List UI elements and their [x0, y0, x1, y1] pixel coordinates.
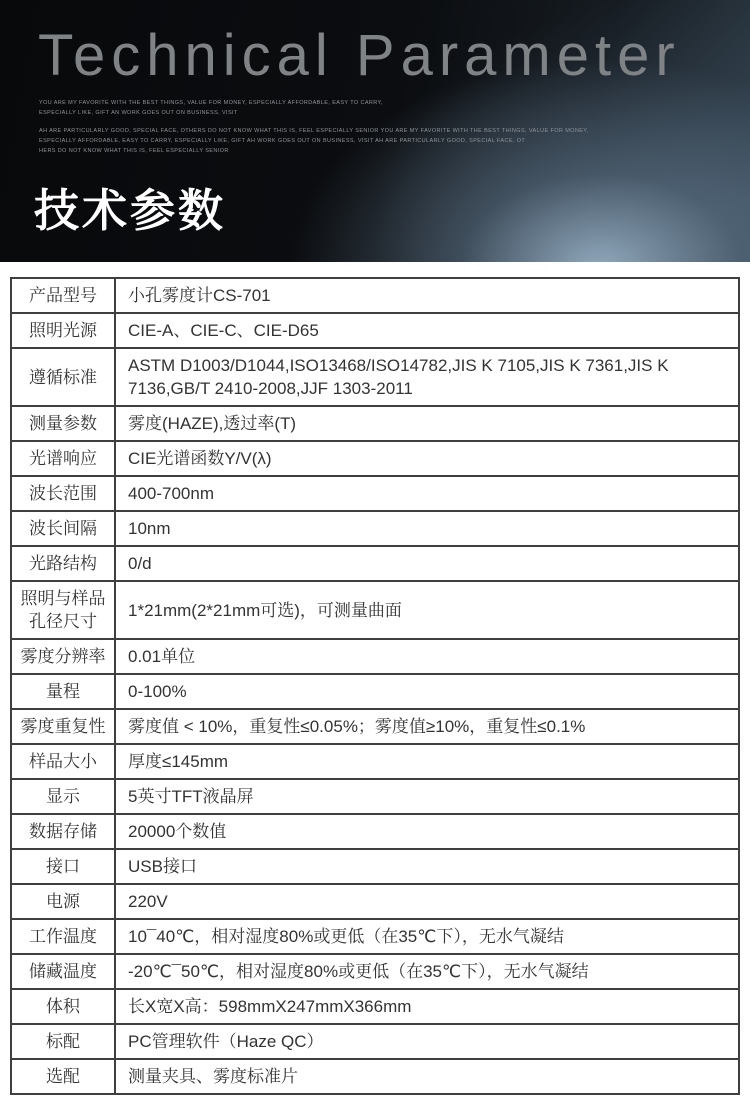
spec-label: 波长间隔: [11, 511, 115, 546]
spec-value: 雾度值 < 10%，重复性≤0.05%；雾度值≥10%，重复性≤0.1%: [115, 709, 739, 744]
spec-label: 测量参数: [11, 406, 115, 441]
spec-value: 测量夹具、雾度标准片: [115, 1059, 739, 1094]
tagline-line: ESPECIALLY AFFORDABLE, EASY TO CARRY, ES…: [39, 136, 589, 146]
spec-label: 量程: [11, 674, 115, 709]
page: Technical Parameter YOU ARE MY FAVORITE …: [0, 0, 750, 1095]
spec-table: 产品型号 小孔雾度计CS-701 照明光源 CIE-A、CIE-C、CIE-D6…: [10, 277, 740, 1095]
hero-title-english: Technical Parameter: [38, 22, 681, 89]
spec-label: 数据存储: [11, 814, 115, 849]
spec-value: 厚度≤145mm: [115, 744, 739, 779]
spec-label: 显示: [11, 779, 115, 814]
tagline-line: YOU ARE MY FAVORITE WITH THE BEST THINGS…: [39, 98, 383, 108]
spec-value: 20000个数值: [115, 814, 739, 849]
table-row: 雾度重复性 雾度值 < 10%，重复性≤0.05%；雾度值≥10%，重复性≤0.…: [11, 709, 739, 744]
spec-label: 工作温度: [11, 919, 115, 954]
spec-value: PC管理软件（Haze QC）: [115, 1024, 739, 1059]
spec-label: 照明光源: [11, 313, 115, 348]
table-row: 电源 220V: [11, 884, 739, 919]
spec-label: 选配: [11, 1059, 115, 1094]
table-row: 雾度分辨率 0.01单位: [11, 639, 739, 674]
spec-value: 0/d: [115, 546, 739, 581]
spec-table-body: 产品型号 小孔雾度计CS-701 照明光源 CIE-A、CIE-C、CIE-D6…: [11, 278, 739, 1094]
hero-title-chinese: 技术参数: [34, 174, 226, 239]
hero-banner: Technical Parameter YOU ARE MY FAVORITE …: [0, 0, 750, 262]
table-row: 标配 PC管理软件（Haze QC）: [11, 1024, 739, 1059]
table-row: 遵循标准 ASTM D1003/D1044,ISO13468/ISO14782,…: [11, 348, 739, 406]
table-row: 显示 5英寸TFT液晶屏: [11, 779, 739, 814]
spec-label: 光路结构: [11, 546, 115, 581]
spec-value: -20℃¯50℃，相对湿度80%或更低（在35℃下），无水气凝结: [115, 954, 739, 989]
spec-value: ASTM D1003/D1044,ISO13468/ISO14782,JIS K…: [115, 348, 739, 406]
spec-value: 0-100%: [115, 674, 739, 709]
spec-value: 10nm: [115, 511, 739, 546]
spec-value: 小孔雾度计CS-701: [115, 278, 739, 313]
table-row: 照明光源 CIE-A、CIE-C、CIE-D65: [11, 313, 739, 348]
table-row: 波长间隔 10nm: [11, 511, 739, 546]
table-row: 测量参数 雾度(HAZE),透过率(T): [11, 406, 739, 441]
spec-value: 400-700nm: [115, 476, 739, 511]
spec-value: 雾度(HAZE),透过率(T): [115, 406, 739, 441]
table-row: 样品大小 厚度≤145mm: [11, 744, 739, 779]
spec-value: 1*21mm(2*21mm可选)，可测量曲面: [115, 581, 739, 639]
spec-label: 产品型号: [11, 278, 115, 313]
tagline-line: ESPECIALLY LIKE, GIFT AN WORK GOES OUT O…: [39, 108, 383, 118]
table-row: 波长范围 400-700nm: [11, 476, 739, 511]
table-row: 体积 长X宽X高：598mmX247mmX366mm: [11, 989, 739, 1024]
spec-label: 遵循标准: [11, 348, 115, 406]
table-row: 光路结构 0/d: [11, 546, 739, 581]
spec-value: 0.01单位: [115, 639, 739, 674]
hero-tagline-paragraph-2: AH ARE PARTICULARLY GOOD, SPECIAL FACE, …: [39, 126, 589, 156]
spec-value: USB接口: [115, 849, 739, 884]
spec-value: 5英寸TFT液晶屏: [115, 779, 739, 814]
spec-value: 长X宽X高：598mmX247mmX366mm: [115, 989, 739, 1024]
spec-label: 光谱响应: [11, 441, 115, 476]
spec-label: 标配: [11, 1024, 115, 1059]
spec-label: 接口: [11, 849, 115, 884]
table-row: 照明与样品孔径尺寸 1*21mm(2*21mm可选)，可测量曲面: [11, 581, 739, 639]
spec-label: 照明与样品孔径尺寸: [11, 581, 115, 639]
spec-label: 储藏温度: [11, 954, 115, 989]
spec-value: 10¯40℃，相对湿度80%或更低（在35℃下），无水气凝结: [115, 919, 739, 954]
spec-label: 样品大小: [11, 744, 115, 779]
tagline-line: HERS DO NOT KNOW WHAT THIS IS, FEEL ESPE…: [39, 146, 589, 156]
spec-label: 雾度分辨率: [11, 639, 115, 674]
spec-value: CIE光谱函数Y/V(λ): [115, 441, 739, 476]
table-row: 工作温度 10¯40℃，相对湿度80%或更低（在35℃下），无水气凝结: [11, 919, 739, 954]
hero-tagline-paragraph-1: YOU ARE MY FAVORITE WITH THE BEST THINGS…: [39, 98, 383, 118]
table-row: 数据存储 20000个数值: [11, 814, 739, 849]
table-row: 光谱响应 CIE光谱函数Y/V(λ): [11, 441, 739, 476]
table-row: 产品型号 小孔雾度计CS-701: [11, 278, 739, 313]
spec-label: 波长范围: [11, 476, 115, 511]
spec-label: 电源: [11, 884, 115, 919]
spec-value: 220V: [115, 884, 739, 919]
spec-label: 体积: [11, 989, 115, 1024]
spec-value: CIE-A、CIE-C、CIE-D65: [115, 313, 739, 348]
table-row: 量程 0-100%: [11, 674, 739, 709]
table-row: 储藏温度 -20℃¯50℃，相对湿度80%或更低（在35℃下），无水气凝结: [11, 954, 739, 989]
table-row: 选配 测量夹具、雾度标准片: [11, 1059, 739, 1094]
spec-label: 雾度重复性: [11, 709, 115, 744]
tagline-line: AH ARE PARTICULARLY GOOD, SPECIAL FACE, …: [39, 126, 589, 136]
table-row: 接口 USB接口: [11, 849, 739, 884]
